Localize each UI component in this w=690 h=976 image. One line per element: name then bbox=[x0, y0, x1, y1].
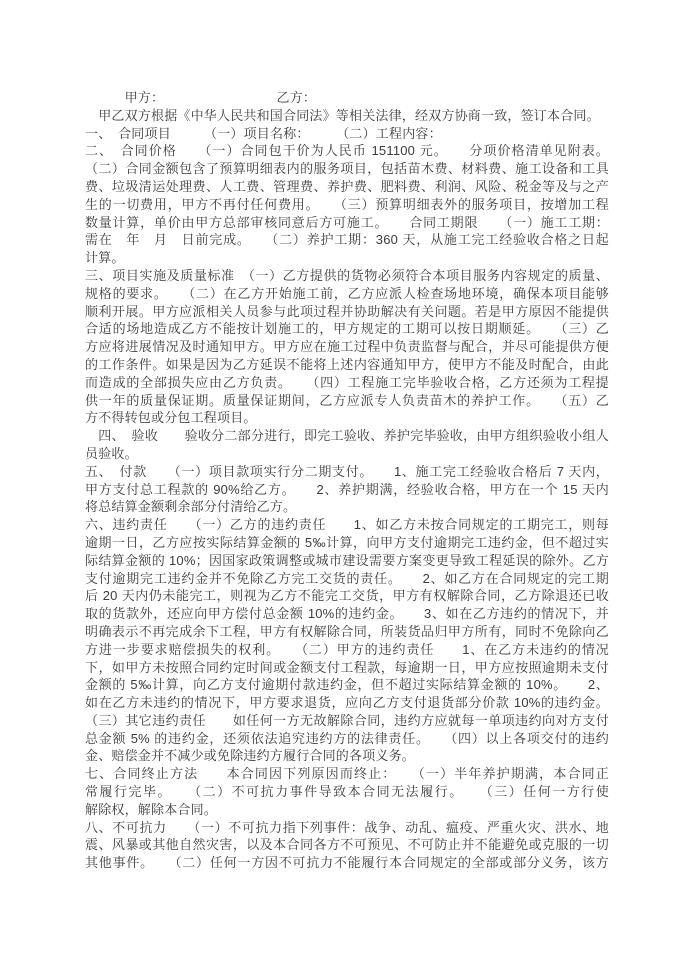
contract-line: 际结算金额的 10%；因国家政策调整或城市建设需要方案变更导致工程延误的除外。乙… bbox=[85, 552, 609, 570]
contract-line: 五、 付款 （一）项目款项实行分二期支付。 1、施工完工经验收合格后 7 天内， bbox=[85, 463, 609, 481]
contract-line: 支付逾期完工违约金并不免除乙方完工交货的责任。 2、如乙方在合同规定的完工期 bbox=[85, 570, 609, 588]
contract-line: 三、项目实施及质量标准 （一）乙方提供的货物必须符合本项目服务内容规定的质量、 bbox=[85, 267, 609, 285]
contract-line: 合适的场地造成乙方不能按计划施工的，甲方规定的工期可以按日期顺延。 （三）乙 bbox=[85, 320, 609, 338]
contract-line: 二、 合同价格 （一）合同包干价为人民币 151100 元。 分项价格清单见附表… bbox=[85, 142, 609, 160]
contract-line: （二）合同金额包含了预算明细表内的服务项目，包括苗木费、材料费、施工设备和工具 bbox=[85, 160, 609, 178]
contract-line: 如在乙方未违约的情况下，甲方要求退货，应向乙方支付退货部分价款 10%的违约金。 bbox=[85, 694, 609, 712]
contract-line: 顺利开展。甲方应派相关人员参与此项过程并协助解决有关问题。若是甲方原因不能提供 bbox=[85, 303, 609, 321]
contract-line: 六、违约责任 （一）乙方的违约责任 1、如乙方未按合同规定的工期完工，则每 bbox=[85, 516, 609, 534]
contract-line: 金、赔偿金并不减少或免除违约方履行合同的各项义务。 bbox=[85, 747, 609, 765]
contract-line: 方应将进展情况及时通知甲方。甲方应在施工过程中负责监督与配合，并尽可能提供方便 bbox=[85, 338, 609, 356]
contract-line: 费、垃圾清运处理费、人工费、管理费、养护费、肥料费、利润、风险、税金等及与之产 bbox=[85, 178, 609, 196]
contract-line: 规格的要求。 （二）在乙方开始施工前，乙方应派人检查场地环境，确保本项目能够 bbox=[85, 285, 609, 303]
contract-line: 其他事件。 （二）任何一方因不可抗力不能履行本合同规定的全部或部分义务，该方 bbox=[85, 854, 609, 872]
contract-line: 员验收。 bbox=[85, 445, 609, 463]
contract-line: 甲乙双方根据《中华人民共和国合同法》等相关法律，经双方协商一致，签订本合同。 bbox=[85, 107, 609, 125]
contract-line: 方进一步要求赔偿损失的权利。 （二）甲方的违约责任 1、在乙方未违约的情况 bbox=[85, 641, 609, 659]
contract-line: 常履行完毕。 （二）不可抗力事件导致本合同无法履行。 （三）任何一方行使 bbox=[85, 783, 609, 801]
contract-line: 后 20 天内仍未能完工，则视为乙方不能完工交货，甲方有权解除合同，乙方除退还已… bbox=[85, 587, 609, 605]
contract-text: 甲方： 乙方： 甲乙双方根据《中华人民共和国合同法》等相关法律，经双方协商一致，… bbox=[85, 89, 609, 872]
contract-line: 金额的 5‰计算，向乙方支付逾期付款违约金，但不超过实际结算金额的 10%。 2… bbox=[85, 676, 609, 694]
contract-line: 需在 年 月 日前完成。 （二）养护工期：360 天，从施工完工经验收合格之日起 bbox=[85, 231, 609, 249]
contract-line: 四、 验收 验收分二部分进行，即完工验收、养护完毕验收，由甲方组织验收小组人 bbox=[85, 427, 609, 445]
contract-line: 明确表示不再完成余下工程，甲方有权解除合同，所装货品归甲方所有，同时不免除向乙 bbox=[85, 623, 609, 641]
contract-line: 方不得转包或分包工程项目。 bbox=[85, 409, 609, 427]
contract-line: 生的一切费用，甲方不再付任何费用。 （三）预算明细表外的服务项目，按增加工程 bbox=[85, 196, 609, 214]
document-page: 甲方： 乙方： 甲乙双方根据《中华人民共和国合同法》等相关法律，经双方协商一致，… bbox=[0, 0, 690, 976]
contract-line: 下，如甲方未按照合同约定时间或金额支付工程款，每逾期一日，甲方应按照逾期未支付 bbox=[85, 659, 609, 677]
contract-line: 计算。 bbox=[85, 249, 609, 267]
contract-line: 一、 合同项目 （一）项目名称： （二）工程内容： bbox=[85, 125, 609, 143]
contract-line: 供一年的质量保证期。质量保证期间，乙方应派专人负责苗木的养护工作。 （五）乙 bbox=[85, 392, 609, 410]
contract-line: 甲方： 乙方： bbox=[85, 89, 609, 107]
contract-line: 的工作条件。如果是因为乙方延误不能将上述内容通知甲方，使甲方不能及时配合，由此 bbox=[85, 356, 609, 374]
contract-line: 取的货款外，还应向甲方偿付总金额 10%的违约金。 3、如在乙方违约的情况下，并 bbox=[85, 605, 609, 623]
contract-line: 八、不可抗力 （一）不可抗力指下列事件：战争、动乱、瘟疫、严重火灾、洪水、地 bbox=[85, 819, 609, 837]
contract-line: 数量计算，单价由甲方总部审核同意后方可施工。 合同工期限 （一）施工工期： bbox=[85, 214, 609, 232]
contract-line: 震、风暴或其他自然灾害，以及本合同各方不可预见、不可防止并不能避免或克服的一切 bbox=[85, 836, 609, 854]
contract-line: 甲方支付总工程款的 90%给乙方。 2、养护期满，经验收合格，甲方在一个 15 … bbox=[85, 481, 609, 499]
contract-line: 逾期一日，乙方应按实际结算金额的 5‰计算，向甲方支付逾期完工违约金，但不超过实 bbox=[85, 534, 609, 552]
contract-line: 七、合同终止方法 本合同因下列原因而终止： （一）半年养护期满，本合同正 bbox=[85, 765, 609, 783]
contract-line: （三）其它违约责任 如任何一方无故解除合同，违约方应就每一单项违约向对方支付 bbox=[85, 712, 609, 730]
contract-line: 将总结算金额剩余部分付清给乙方。 bbox=[85, 498, 609, 516]
contract-line: 总金额 5% 的违约金，还须依法追究违约方的法律责任。 （四）以上各项交付的违约 bbox=[85, 730, 609, 748]
contract-line: 而造成的全部损失应由乙方负责。 （四）工程施工完毕验收合格，乙方还须为工程提 bbox=[85, 374, 609, 392]
contract-line: 解除权，解除本合同。 bbox=[85, 801, 609, 819]
